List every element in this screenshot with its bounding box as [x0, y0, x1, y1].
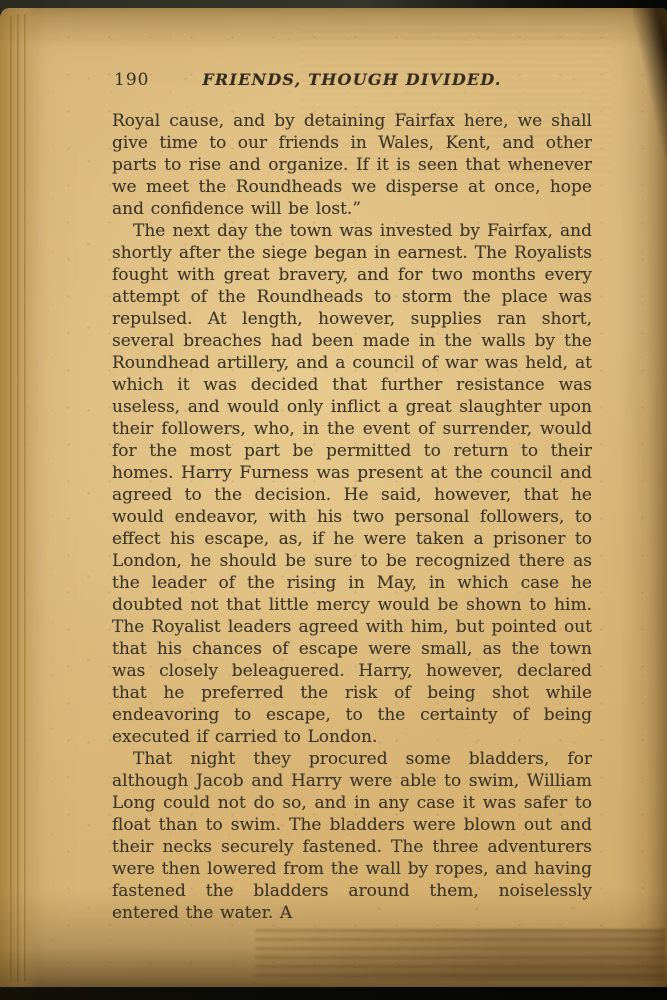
corner-shadow-top-right [633, 8, 667, 158]
paragraph: That night they procured some bladders, … [112, 748, 592, 924]
page-edge-stack [0, 8, 38, 987]
running-title: FRIENDS, THOUGH DIVIDED. [112, 70, 592, 89]
page-content: 190 FRIENDS, THOUGH DIVIDED. Royal cause… [112, 70, 592, 924]
book-scan: 190 FRIENDS, THOUGH DIVIDED. Royal cause… [0, 0, 667, 1000]
paragraph: Royal cause, and by detaining Fairfax he… [112, 110, 592, 220]
paragraph: The next day the town was invested by Fa… [112, 220, 592, 748]
body-text: Royal cause, and by detaining Fairfax he… [112, 110, 592, 924]
scan-streak-bottom [255, 929, 665, 981]
page-edge-striations [7, 14, 26, 981]
book-page: 190 FRIENDS, THOUGH DIVIDED. Royal cause… [0, 8, 667, 987]
page-header: 190 FRIENDS, THOUGH DIVIDED. [112, 70, 592, 94]
